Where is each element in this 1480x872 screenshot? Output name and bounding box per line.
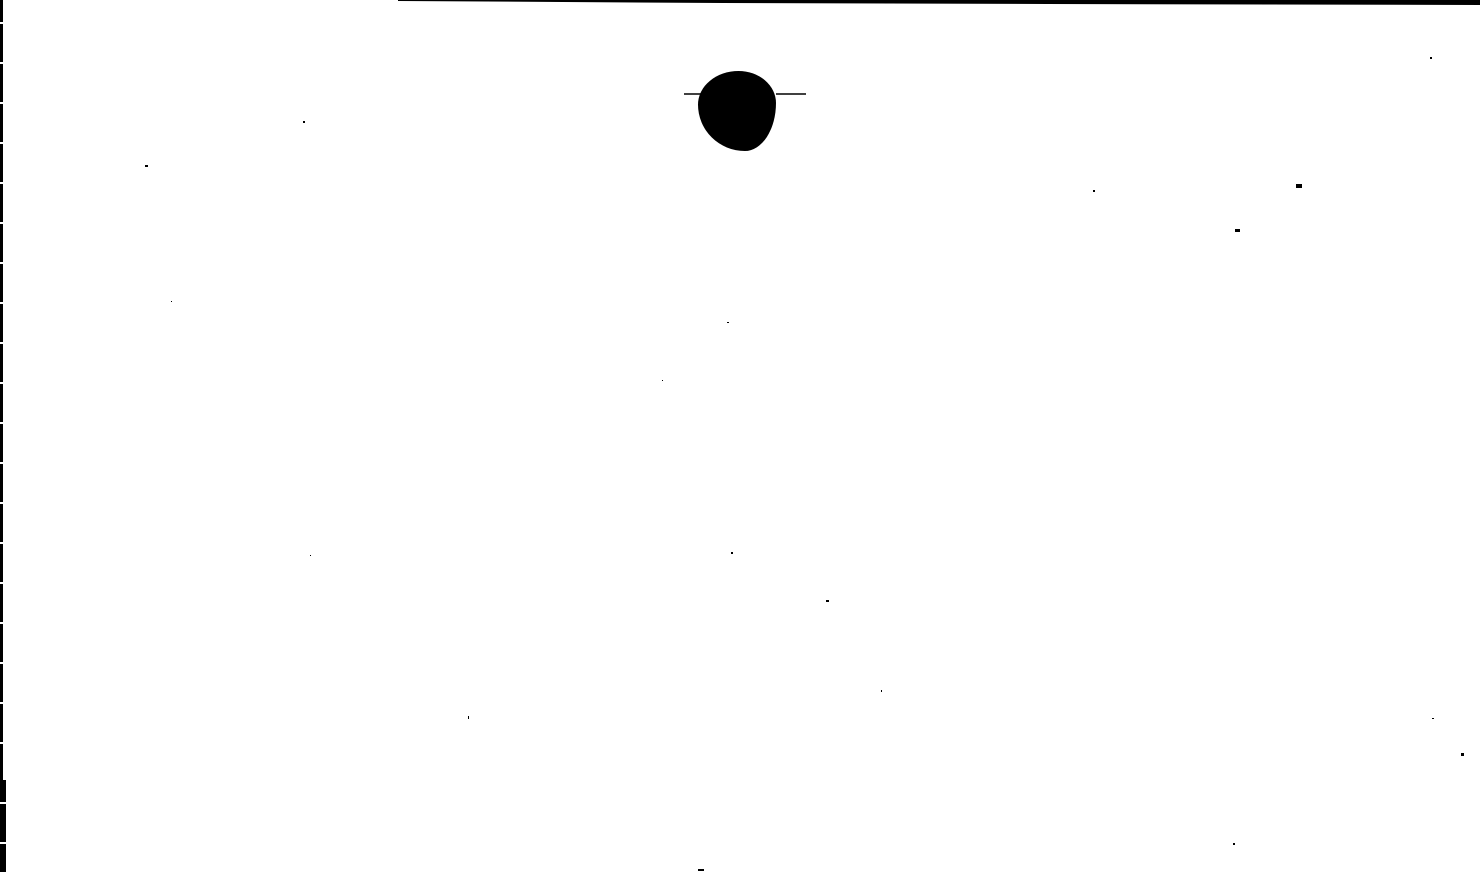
ink-streak-right	[776, 93, 806, 95]
ink-blot	[698, 71, 776, 151]
scan-top-edge-artifact	[398, 0, 1480, 5]
scan-left-edge-artifact	[0, 0, 3, 872]
scanned-page: Blank scanned page	[0, 0, 1480, 872]
scan-left-edge-artifact-bottom	[0, 780, 6, 872]
